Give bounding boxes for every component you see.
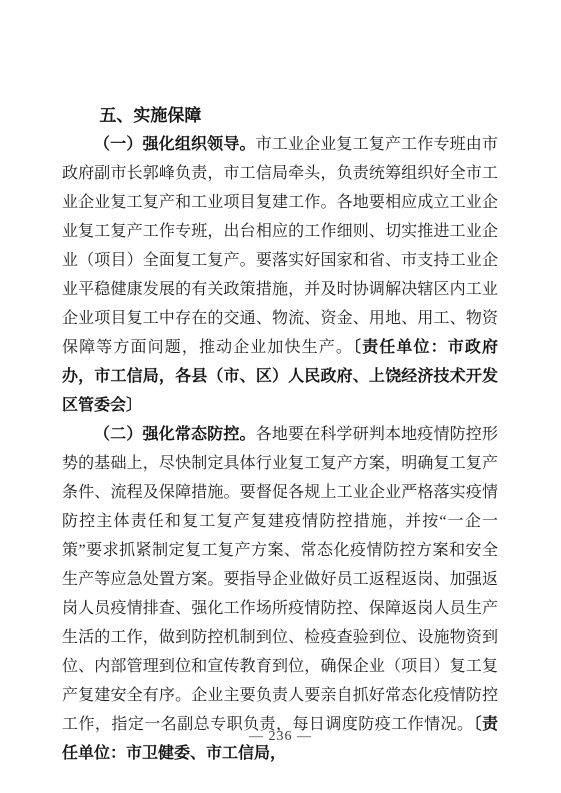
- page-footer: — 236 —: [0, 728, 561, 746]
- paragraph-1-lead: （一）强化组织领导。: [94, 136, 256, 153]
- document-content: 五、实施保障 （一）强化组织领导。市工业企业复工复产工作专班由市政府副市长郭峰负…: [62, 101, 498, 768]
- section-heading: 五、实施保障: [62, 101, 498, 130]
- paragraph-1-body: 市工业企业复工复产工作专班由市政府副市长郭峰负责，市工信局牵头，负责统筹组织好全…: [62, 136, 498, 356]
- page-number: — 236 —: [249, 729, 312, 744]
- paragraph-normalized-prevention: （二）强化常态防控。各地要在科学研判本地疫情防控形势的基础上，尽快制定具体行业复…: [62, 420, 498, 768]
- document-page: 五、实施保障 （一）强化组织领导。市工业企业复工复产工作专班由市政府副市长郭峰负…: [0, 0, 561, 793]
- paragraph-2-body: 各地要在科学研判本地疫情防控形势的基础上，尽快制定具体行业复工复产方案，明确复工…: [62, 426, 498, 733]
- paragraph-2-lead: （二）强化常态防控。: [94, 426, 256, 443]
- paragraph-organization-leadership: （一）强化组织领导。市工业企业复工复产工作专班由市政府副市长郭峰负责，市工信局牵…: [62, 130, 498, 420]
